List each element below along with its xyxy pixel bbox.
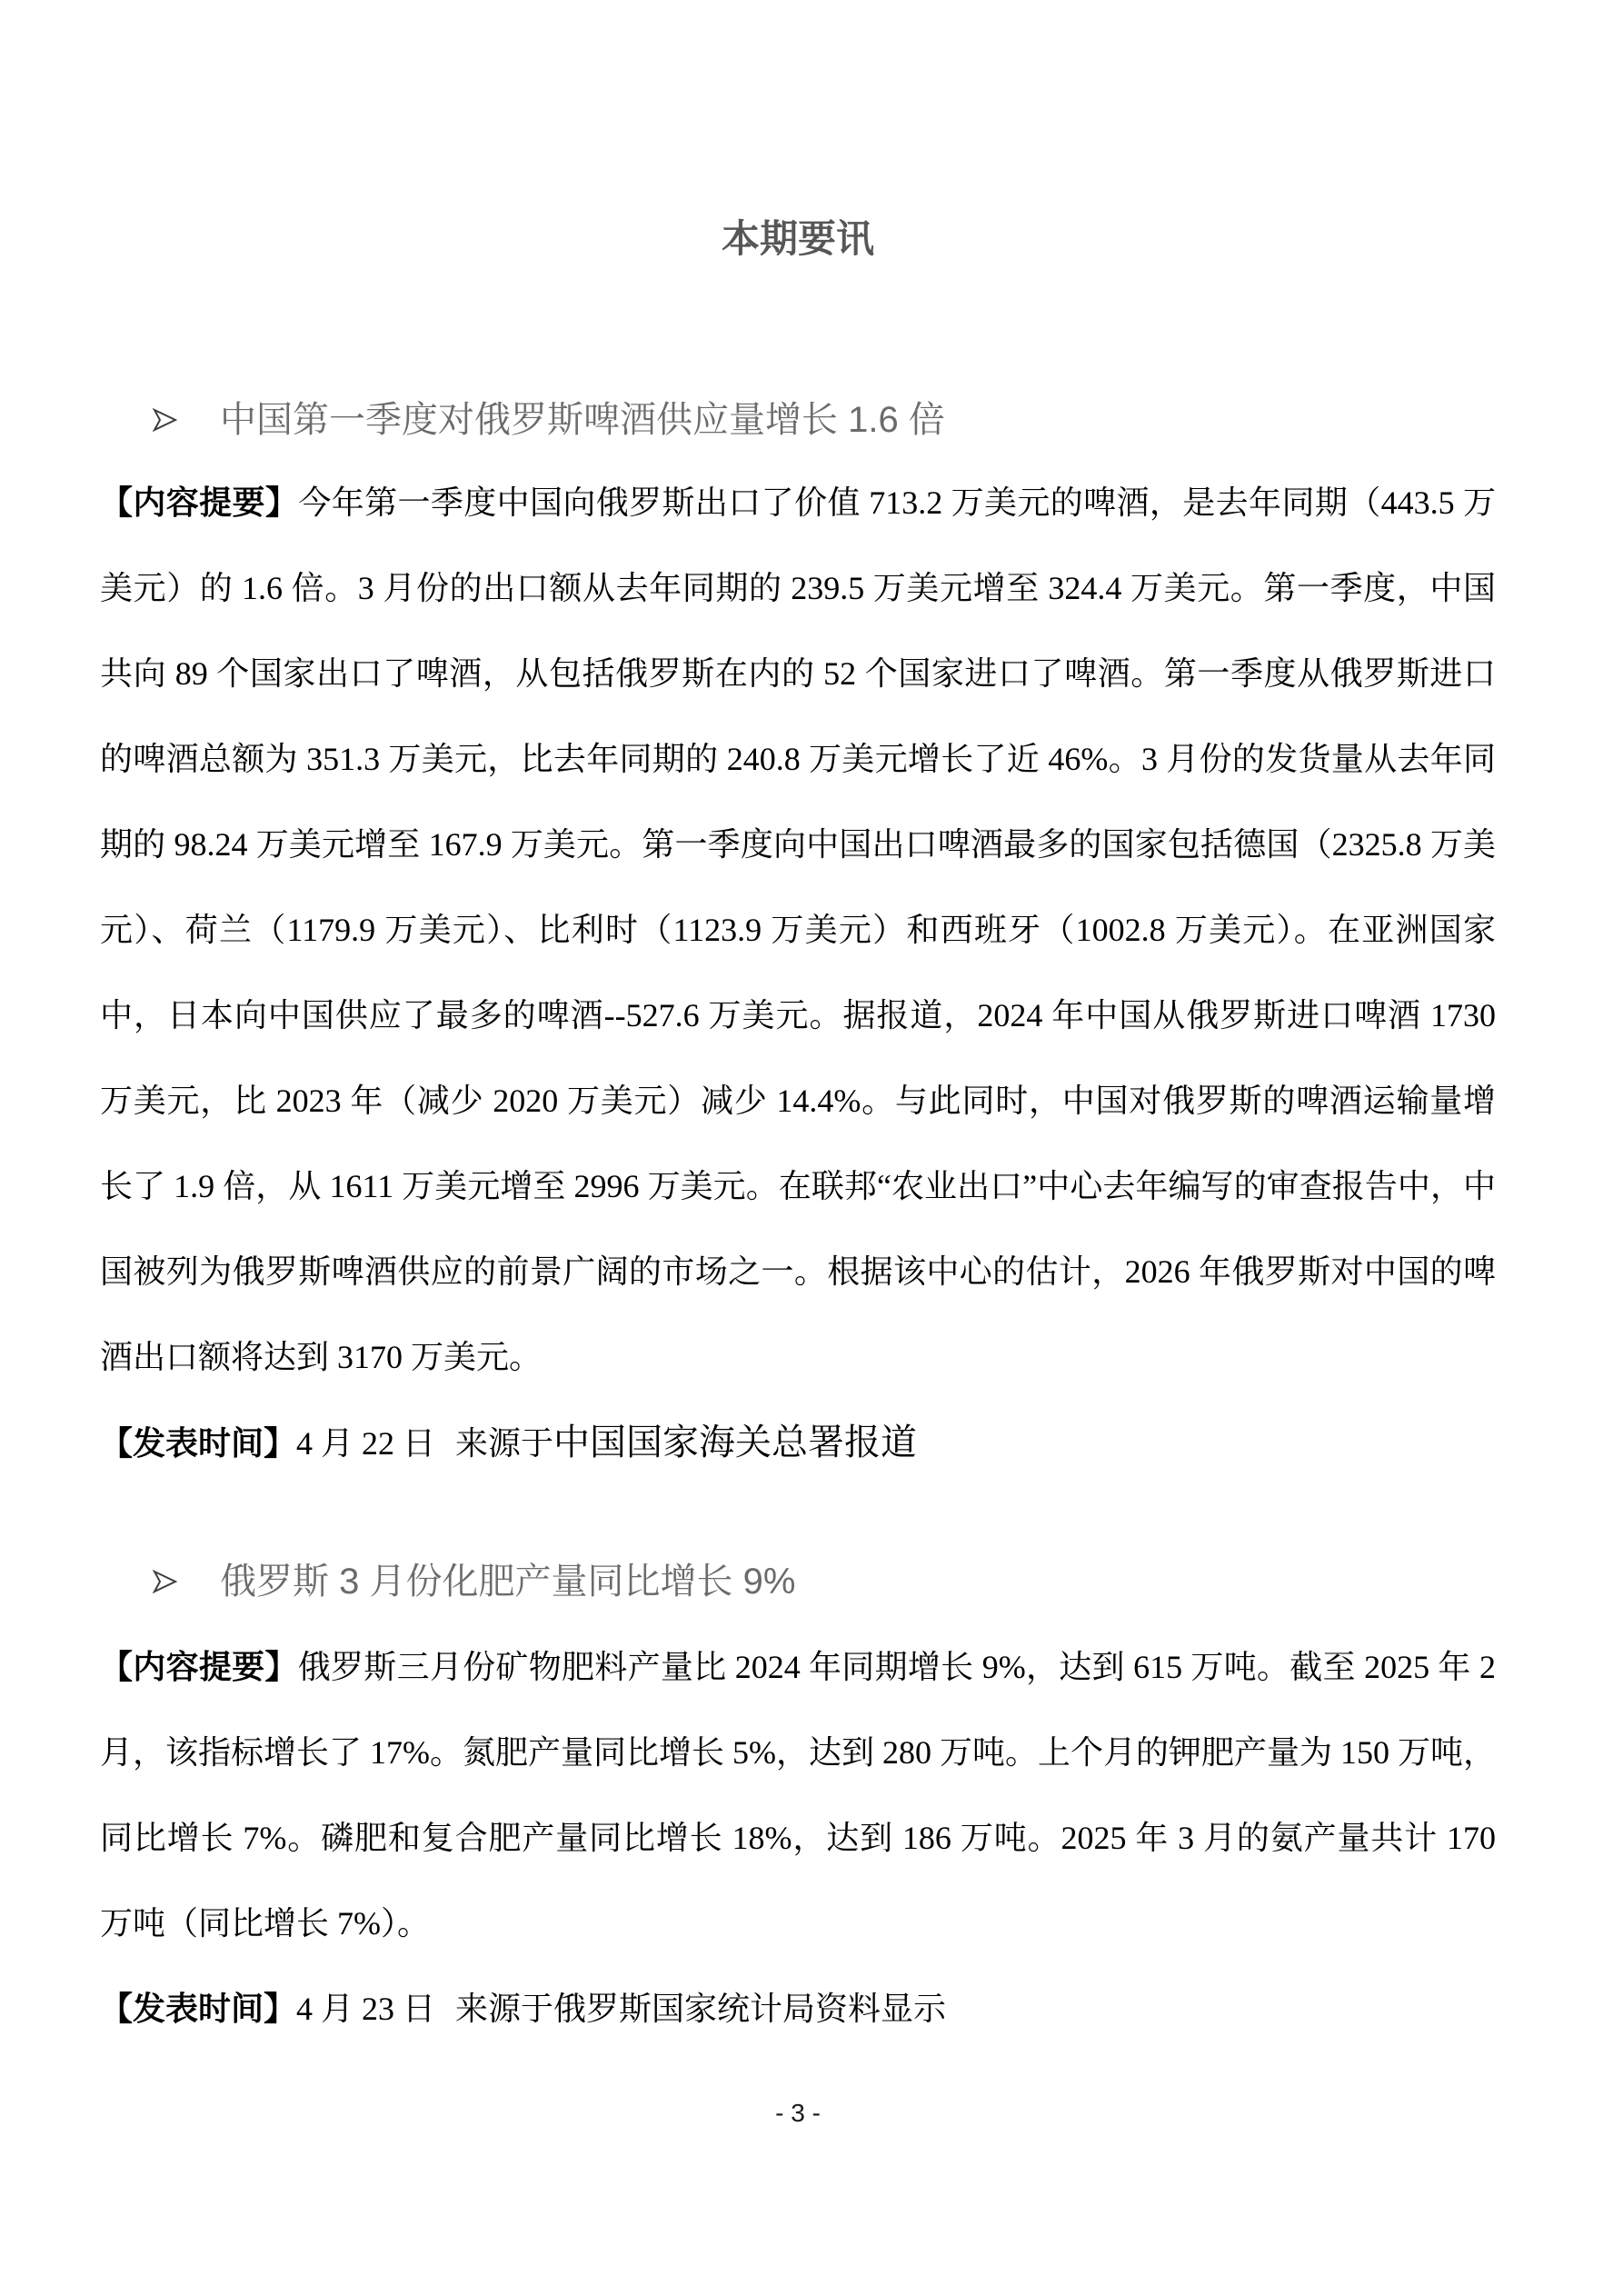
publish-label: 【发表时间】 [100, 1990, 296, 2027]
publish-source: 俄罗斯国家统计局资料显示 [553, 1991, 946, 2027]
section-heading-beer-exports: 中国第一季度对俄罗斯啤酒供应量增长 1.6 倍 [100, 394, 1496, 446]
summary-text: 今年第一季度中国向俄罗斯出口了价值 713.2 万美元的啤酒，是去年同期（443… [100, 484, 1496, 1375]
publish-label: 【发表时间】 [100, 1424, 296, 1462]
arrow-bullet-icon [151, 406, 178, 434]
section-heading-fertilizer-output: 俄罗斯 3 月份化肥产量同比增长 9% [100, 1555, 1496, 1608]
section-summary-paragraph: 【内容提要】今年第一季度中国向俄罗斯出口了价值 713.2 万美元的啤酒，是去年… [100, 460, 1496, 1400]
page-title: 本期要讯 [100, 212, 1496, 266]
publish-line: 【发表时间】4 月 22 日来源于中国国家海关总署报道 [100, 1400, 1496, 1486]
publish-line: 【发表时间】4 月 23 日来源于俄罗斯国家统计局资料显示 [100, 1966, 1496, 2051]
publish-date: 4 月 22 日 [296, 1425, 435, 1462]
section-heading-text: 中国第一季度对俄罗斯啤酒供应量增长 1.6 倍 [220, 394, 945, 446]
section-heading-text: 俄罗斯 3 月份化肥产量同比增长 9% [220, 1555, 795, 1608]
arrow-bullet-icon [151, 1568, 178, 1595]
publish-source: 中国国家海关总署报道 [553, 1422, 917, 1462]
summary-label: 【内容提要】 [100, 484, 298, 521]
summary-label: 【内容提要】 [100, 1648, 298, 1685]
page-number: - 3 - [100, 2095, 1496, 2131]
publish-date: 4 月 23 日 [296, 1991, 435, 2027]
section-summary-paragraph: 【内容提要】俄罗斯三月份矿物肥料产量比 2024 年同期增长 9%，达到 615… [100, 1624, 1496, 1966]
document-page: 本期要讯 中国第一季度对俄罗斯啤酒供应量增长 1.6 倍 【内容提要】今年第一季… [0, 0, 1623, 2296]
publish-source-prefix: 来源于 [455, 1991, 553, 2027]
publish-source-prefix: 来源于 [455, 1425, 553, 1462]
summary-text: 俄罗斯三月份矿物肥料产量比 2024 年同期增长 9%，达到 615 万吨。截至… [100, 1649, 1496, 1942]
